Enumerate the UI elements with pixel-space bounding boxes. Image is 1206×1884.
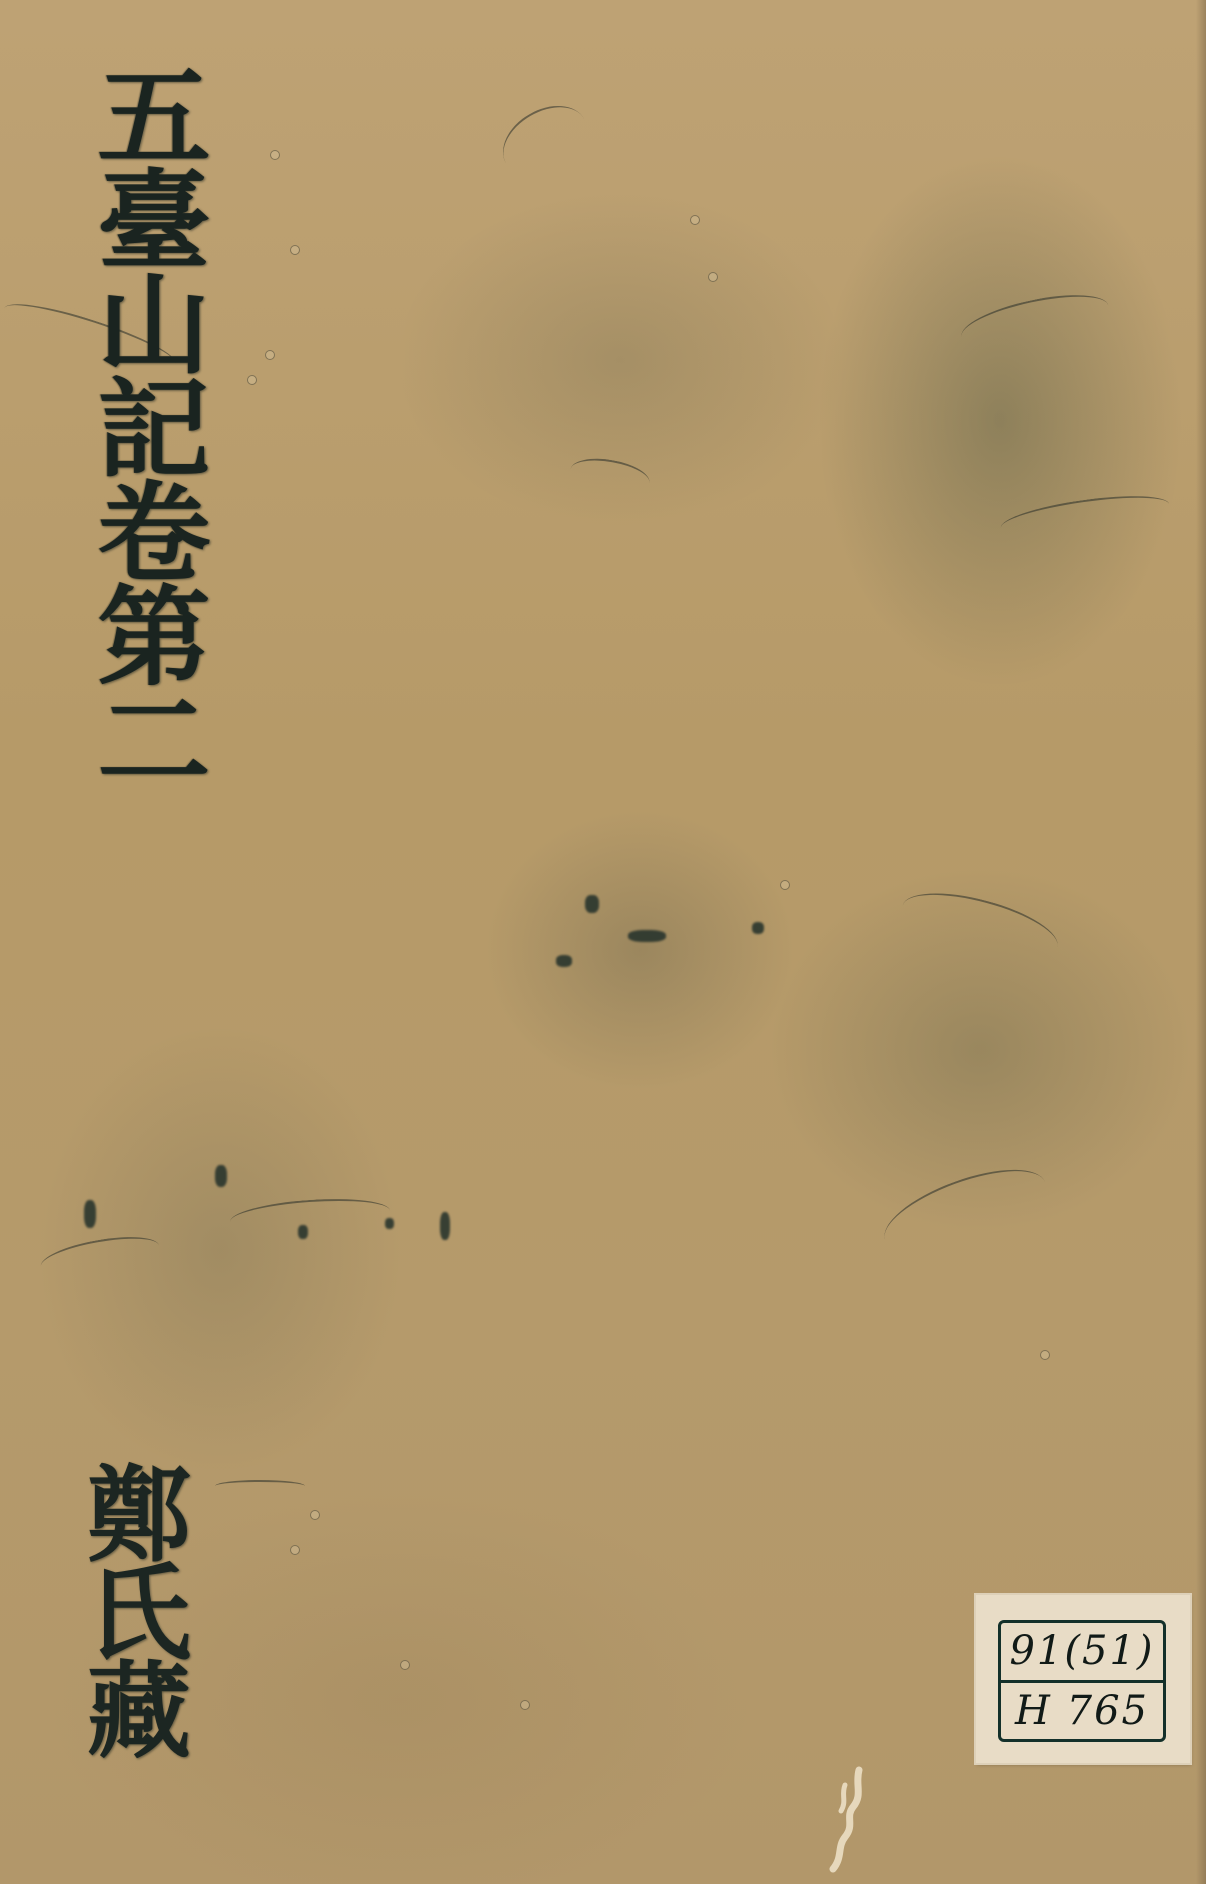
title-column: 五臺山記卷第二: [48, 60, 198, 788]
book-title: 五臺山記卷第二: [87, 60, 200, 788]
paper-crack: [491, 92, 600, 191]
call-number-box: 91(51) H 765: [998, 1620, 1166, 1742]
collector-mark: 鄭氏藏: [52, 1460, 182, 1754]
ink-blot: [298, 1225, 308, 1239]
paper-hole: [400, 1660, 410, 1670]
ink-blot: [585, 895, 599, 913]
call-number-line-1: 91(51): [1001, 1623, 1163, 1680]
ink-blot: [628, 930, 666, 942]
ink-blot: [752, 922, 764, 934]
paper-crack: [957, 285, 1112, 357]
ink-blot: [440, 1212, 450, 1240]
paper-hole: [690, 215, 700, 225]
ink-blot: [385, 1218, 394, 1229]
paper-crack: [999, 488, 1172, 543]
ink-blot: [84, 1200, 96, 1228]
paper-hole: [290, 245, 300, 255]
book-cover: 五臺山記卷第二 鄭氏藏 91(51) H 765: [0, 0, 1206, 1884]
paper-crack: [568, 453, 652, 498]
call-number-label: 91(51) H 765: [976, 1595, 1190, 1763]
ink-blot: [215, 1165, 227, 1187]
paper-hole: [290, 1545, 300, 1555]
paper-hole: [520, 1700, 530, 1710]
collector-seal-text: 鄭氏藏: [69, 1460, 192, 1754]
paper-crack: [215, 1480, 305, 1492]
paper-hole: [265, 350, 275, 360]
paper-crack: [38, 1230, 162, 1282]
paper-hole: [1040, 1350, 1050, 1360]
cover-edge: [1196, 0, 1206, 1884]
paper-hole: [310, 1510, 320, 1520]
paper-crack: [229, 1194, 391, 1237]
paper-hole: [270, 150, 280, 160]
paper-hole: [708, 272, 718, 282]
paper-crack: [875, 1153, 1056, 1269]
ink-blot: [556, 955, 572, 967]
paper-hole: [780, 880, 790, 890]
paper-hole: [247, 375, 257, 385]
paper-crack: [896, 880, 1064, 972]
call-number-line-2: H 765: [1001, 1680, 1163, 1740]
worm-damage-icon: [815, 1765, 875, 1875]
